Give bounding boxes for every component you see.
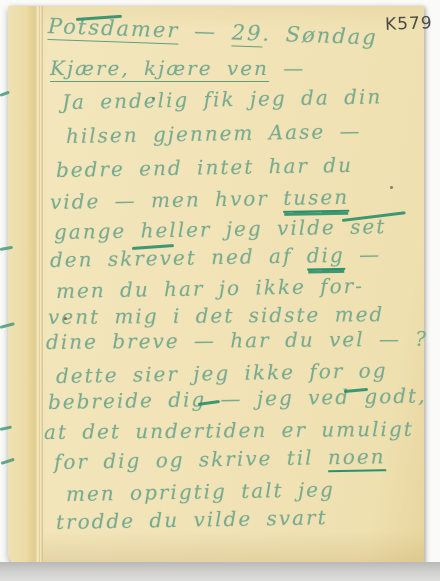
letter-line: hilsen gjennem Aase —: [66, 119, 362, 148]
letter-text-segment: Potsdamer: [48, 14, 180, 45]
letter-line: den skrevet ned af dig —: [50, 242, 381, 272]
edge-ink-mark: [1, 458, 15, 465]
letter-line: dine breve — har du vel — ?: [46, 327, 428, 354]
edge-ink-mark: [0, 246, 13, 251]
letter-text-segment: dig: [307, 243, 345, 271]
letter-text-segment: gange heller jeg vilde set: [54, 214, 387, 244]
letter-text-segment: dette sier jeg ikke for og: [56, 358, 388, 388]
letter-text-segment: dine breve — har du vel — ?: [46, 327, 428, 354]
letter-text-segment: bebreide dig — jeg ved godt,: [48, 383, 427, 414]
letter-line: bedre end intet har du: [56, 153, 353, 182]
paper-speck: [152, 97, 155, 100]
paper-speck: [64, 317, 67, 320]
letter-line: men oprigtig talt jeg: [66, 477, 335, 506]
letter-scan: Potsdamer — 29. SøndagKjære, kjære ven —…: [0, 0, 440, 581]
letter-text-segment: —: [179, 19, 232, 45]
letter-text-segment: —: [345, 242, 382, 267]
letter-text-segment: tusen: [283, 185, 349, 213]
letter-text-segment: vide — men hvor: [50, 186, 284, 214]
letter-text-segment: trodde du vilde svart: [56, 505, 328, 534]
letter-text-segment: —: [269, 56, 305, 80]
letter-line: Kjære, kjære ven —: [50, 56, 305, 80]
letter-text-segment: Ja endelig fik jeg da din: [62, 84, 383, 114]
letter-line: bebreide dig — jeg ved godt,: [48, 383, 427, 414]
letter-text-segment: . Søndag: [262, 21, 378, 49]
paper-speck: [390, 186, 393, 189]
letter-text-segment: at det undertiden er umuligt: [44, 417, 414, 444]
letter-line: men du har jo ikke for-: [56, 274, 364, 303]
letter-line: vent mig i det sidste med: [48, 302, 384, 329]
letter-text-segment: for dig og skrive til: [54, 445, 328, 474]
edge-ink-mark: [0, 91, 10, 97]
archive-number-label: K579: [385, 13, 433, 35]
edge-ink-mark: [0, 322, 15, 329]
letter-text-segment: noen: [328, 444, 386, 472]
letter-line: for dig og skrive til noen: [54, 444, 386, 474]
letter-line: vide — men hvor tusen: [50, 185, 350, 214]
edge-ink-mark: [0, 426, 12, 431]
letter-line: trodde du vilde svart: [56, 505, 328, 534]
letter-line: dette sier jeg ikke for og: [56, 358, 388, 388]
letter-text-segment: 29: [231, 20, 263, 47]
letter-text-segment: men du har jo ikke for-: [56, 274, 364, 303]
letter-line: gange heller jeg vilde set: [54, 214, 387, 244]
letter-text-segment: Kjære, kjære ven: [50, 56, 269, 82]
letter-text-segment: bedre end intet har du: [56, 153, 353, 182]
letter-line: at det undertiden er umuligt: [44, 417, 414, 444]
letter-lines: Potsdamer — 29. SøndagKjære, kjære ven —…: [0, 0, 440, 581]
letter-text-segment: hilsen gjennem Aase —: [66, 119, 362, 148]
letter-text-segment: men oprigtig talt jeg: [66, 477, 335, 506]
letter-text-segment: den skrevet ned af: [50, 244, 307, 272]
letter-text-segment: vent mig i det sidste med: [48, 302, 384, 329]
letter-line: Ja endelig fik jeg da din: [62, 84, 383, 114]
